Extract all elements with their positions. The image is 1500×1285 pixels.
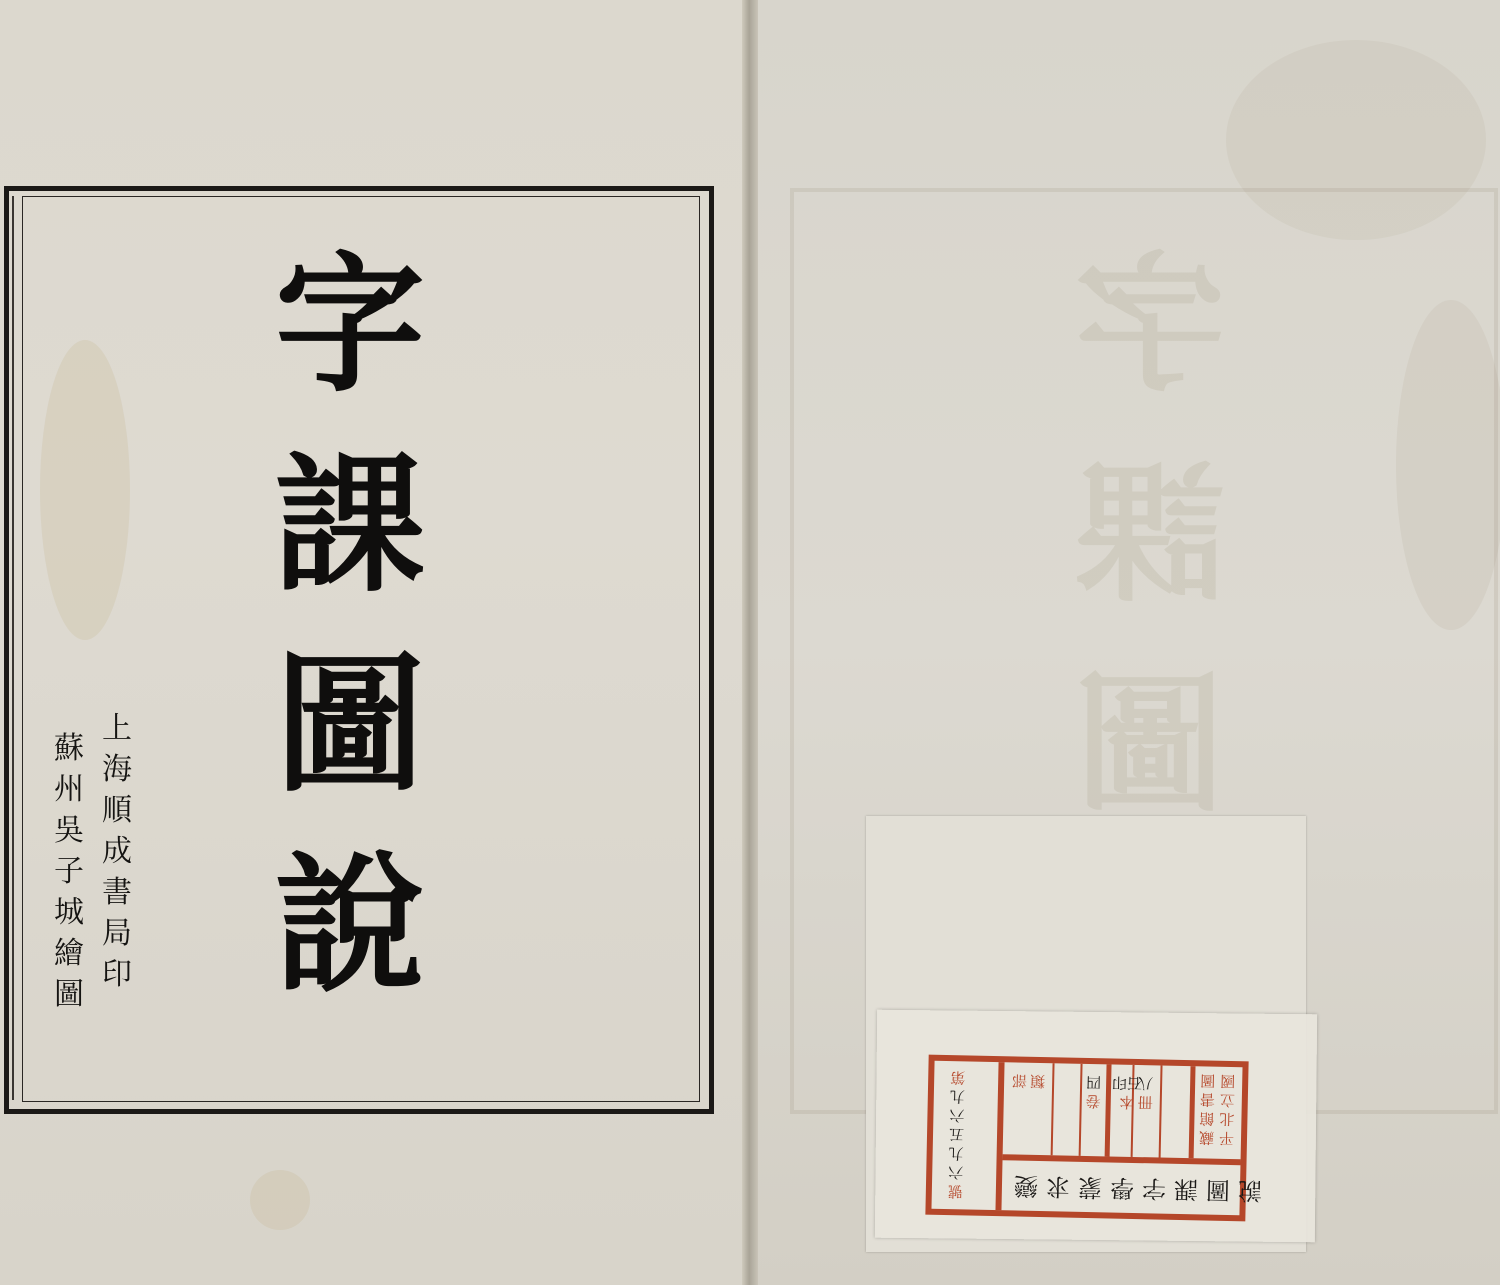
book-title: 字 課 圖 說 xyxy=(250,225,450,1025)
label-book-title: 說 圖 課 字 學 蒙 求 變 xyxy=(1010,1170,1267,1210)
publisher-char: 海 xyxy=(102,749,132,790)
publisher-char: 局 xyxy=(102,913,132,954)
title-char: 課 xyxy=(275,425,425,625)
number-digit: 五 xyxy=(949,1124,964,1143)
library-ownership-stamp: 號 六 九 五 六 九 第 部 類 卷 四 本 石印 冊 八 藏 館 書 圖 平 xyxy=(925,1055,1248,1222)
illustrator-char: 吳 xyxy=(54,810,84,851)
title-char: 字 xyxy=(275,225,425,425)
publisher-char: 順 xyxy=(102,790,132,831)
publisher-char: 成 xyxy=(102,831,132,872)
number-digit: 九 xyxy=(948,1143,963,1162)
number-digit: 六 xyxy=(948,1162,963,1181)
call-number-cell: 號 六 九 五 六 九 第 xyxy=(931,1061,1004,1210)
field-category: 部 xyxy=(1012,1070,1027,1089)
number-digit: 九 xyxy=(950,1086,965,1105)
field-volumes: 冊 八 xyxy=(1138,1073,1154,1111)
number-digit: 六 xyxy=(949,1105,964,1124)
institution-col-2: 平 北 立 國 xyxy=(1219,1071,1236,1147)
number-prefix: 第 xyxy=(950,1067,965,1086)
illustrator-char: 繪 xyxy=(54,933,84,974)
publisher-char: 印 xyxy=(102,954,132,995)
illustrator-char: 州 xyxy=(54,769,84,810)
paper-stain xyxy=(250,1170,310,1230)
illustrator-char: 圖 xyxy=(54,974,84,1015)
book-gutter xyxy=(742,0,758,1285)
number-suffix: 號 xyxy=(948,1181,963,1200)
book-title-row: 說 圖 課 字 學 蒙 求 變 xyxy=(1001,1154,1240,1221)
publisher-char: 書 xyxy=(102,872,132,913)
publisher-column: 上 海 順 成 書 局 印 xyxy=(102,708,132,995)
title-char: 圖 xyxy=(275,625,425,825)
illustrator-column: 蘇 州 吳 子 城 繪 圖 xyxy=(54,728,84,1015)
bleed-through-title: 字 課 圖 xyxy=(1060,220,1240,850)
illustrator-char: 蘇 xyxy=(54,728,84,769)
title-char: 說 xyxy=(275,825,425,1025)
publisher-char: 上 xyxy=(102,708,132,749)
illustrator-char: 子 xyxy=(54,851,84,892)
ghost-char: 課 xyxy=(1075,430,1225,640)
field-juan: 卷 四 xyxy=(1086,1072,1102,1110)
call-number: 號 六 九 五 六 九 第 xyxy=(948,1067,966,1200)
institution-col-1: 藏 館 書 圖 xyxy=(1199,1070,1216,1146)
field-class: 類 xyxy=(1030,1071,1045,1090)
illustrator-char: 城 xyxy=(54,892,84,933)
frame-margin-line xyxy=(12,196,14,1100)
ghost-char: 字 xyxy=(1075,220,1225,430)
